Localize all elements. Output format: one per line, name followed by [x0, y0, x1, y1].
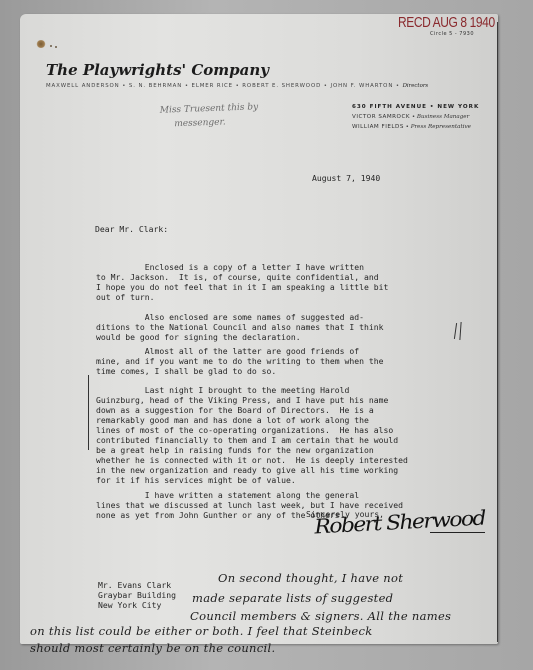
postscript-line: should most certainly be on the council.: [30, 641, 275, 655]
directors-line: MAXWELL ANDERSON • S. N. BEHRMAN • ELMER…: [46, 83, 428, 89]
postscript-line: on this list could be either or both. I …: [30, 624, 372, 638]
company-name: The Playwrights' Company: [46, 61, 269, 79]
postscript-line: Council members & signers. All the names: [190, 609, 451, 623]
staff-row: WILLIAM FIELDS • Press Representative: [352, 122, 479, 132]
directors-role: Directors: [403, 83, 429, 89]
postscript-line: made separate lists of suggested: [192, 591, 393, 605]
letter-date: August 7, 1940: [312, 173, 380, 183]
stain-dot: [50, 45, 52, 47]
postscript-line: On second thought, I have not: [218, 571, 403, 585]
stain-mark: [36, 40, 46, 48]
director: S. N. BEHRMAN: [129, 83, 182, 89]
director: MAXWELL ANDERSON: [46, 83, 120, 89]
signature-stroke: [430, 532, 485, 533]
address-block: 630 FIFTH AVENUE • NEW YORK VICTOR SAMRO…: [352, 102, 479, 132]
staff-row: VICTOR SAMROCK • Business Manager: [352, 112, 479, 122]
salutation: Dear Mr. Clark:: [95, 224, 168, 234]
stamp-subtext: Circle 5 - 7930: [430, 31, 474, 37]
stain-dot: [55, 46, 57, 48]
director: ROBERT E. SHERWOOD: [242, 83, 321, 89]
margin-bracket: [88, 375, 89, 450]
recipient-address: Mr. Evans ClarkGraybar BuildingNew York …: [98, 560, 176, 620]
received-stamp: RECD AUG 8 1940: [398, 14, 495, 31]
pencil-note: Miss Truesent this by messenger.: [160, 100, 259, 131]
director: ELMER RICE: [192, 83, 233, 89]
director: JOHN F. WHARTON: [330, 83, 393, 89]
page-edge: [497, 22, 498, 642]
address: 630 FIFTH AVENUE • NEW YORK: [352, 102, 479, 112]
